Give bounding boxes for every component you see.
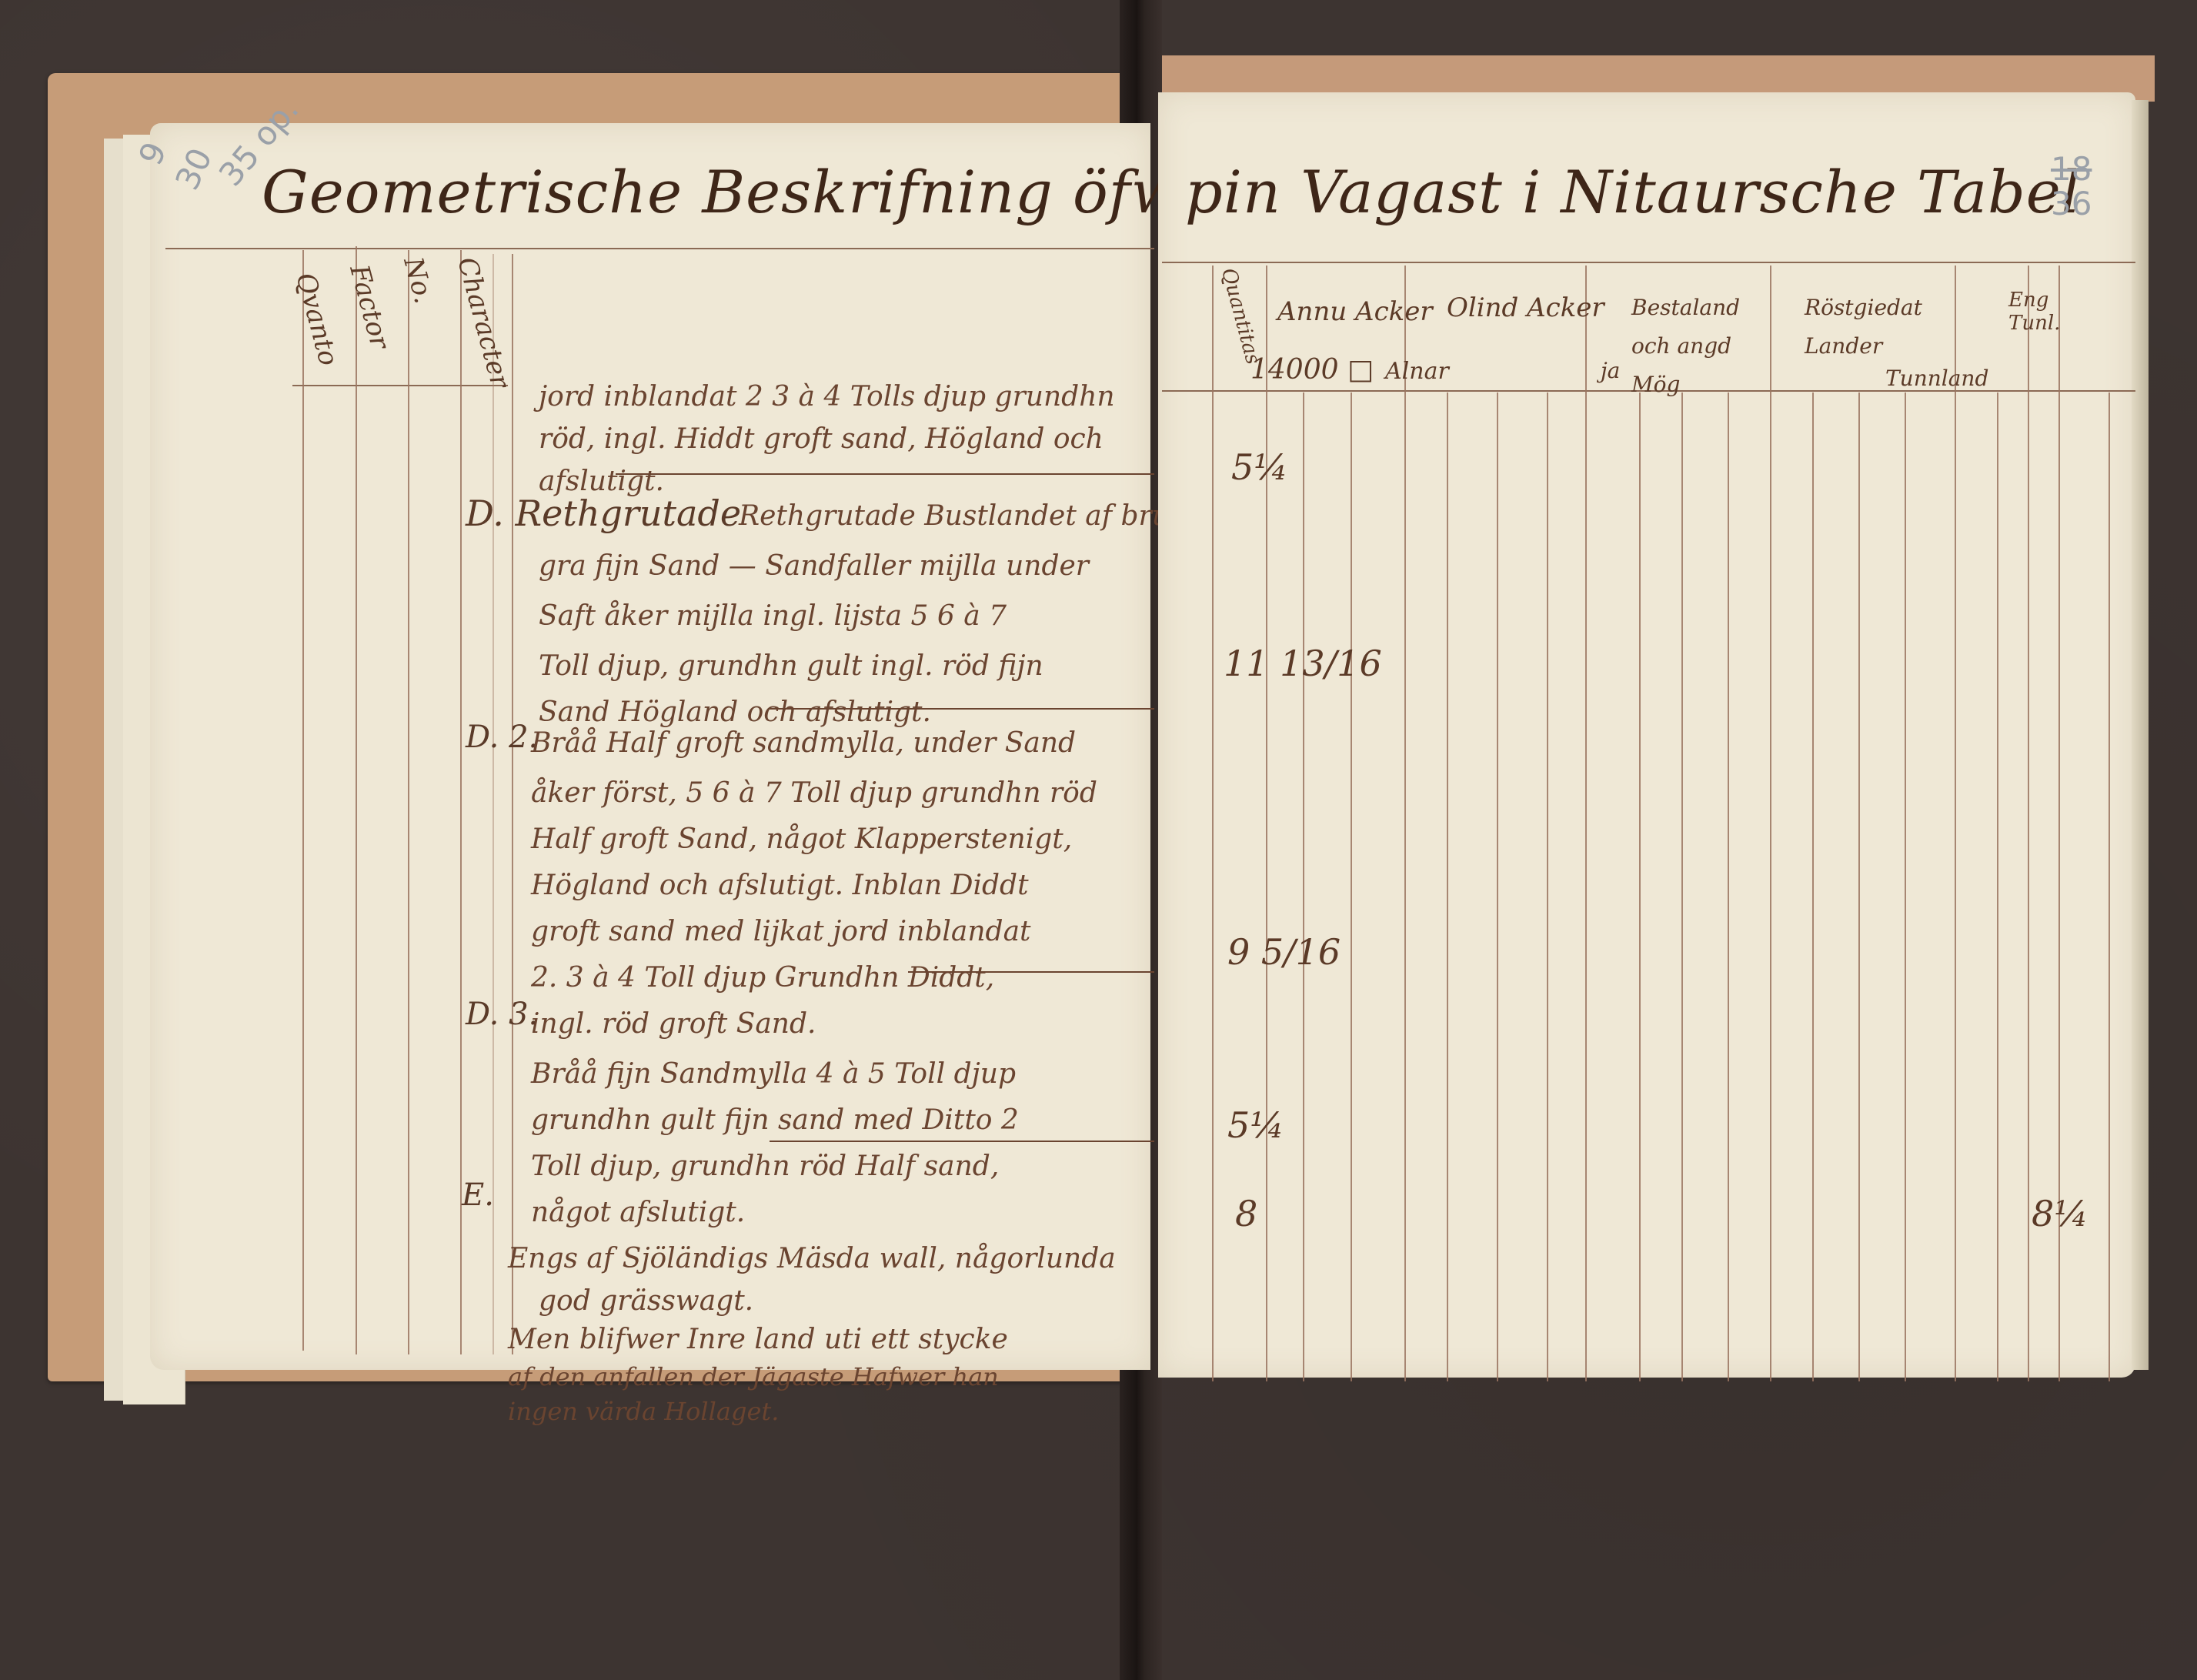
- pencil-folio-right: 36: [2051, 185, 2092, 222]
- column-rule: [1351, 392, 1352, 1381]
- quantity-value: 11 13/16: [1224, 643, 1382, 684]
- column-rule: [1585, 266, 1587, 1381]
- entry-label: D. Rethgrutade: [466, 493, 741, 534]
- unit-ja: ja: [1601, 358, 1620, 383]
- entry-line: ingen värda Hollaget.: [508, 1397, 779, 1426]
- column-header-bestaland: Bestaland och angd Mög: [1631, 289, 1762, 404]
- eng-value: 8¼: [2032, 1193, 2088, 1234]
- entry-label: E.: [462, 1177, 494, 1213]
- entry-line: Bråå fijn Sandmylla 4 à 5 Toll djup: [531, 1058, 1016, 1090]
- column-rule: [408, 250, 409, 1354]
- column-rule: [1404, 266, 1406, 1381]
- column-header-annu-acker: Annu Acker: [1277, 296, 1433, 327]
- column-header-olind-acker: Olind Acker: [1447, 292, 1604, 323]
- right-page: [1158, 92, 2135, 1378]
- column-rule: [1905, 392, 1906, 1381]
- entry-line: Bråå Half groft sandmylla, under Sand: [531, 727, 1076, 759]
- header-rule-bottom: [292, 385, 508, 386]
- entry-line: 2. 3 à 4 Toll djup Grundhn Diddt,: [531, 962, 994, 994]
- column-rule: [1770, 266, 1771, 1381]
- column-rule: [512, 254, 513, 1354]
- page-stack-right: [2132, 100, 2149, 1370]
- entry-label: D. 3.: [466, 997, 538, 1032]
- area-total: 14000 □: [1250, 354, 1374, 386]
- column-rule: [1212, 266, 1214, 1381]
- column-rule: [2028, 266, 2029, 1381]
- column-rule: [1303, 392, 1304, 1381]
- pencil-folio-struck: 18: [2051, 150, 2092, 188]
- entry-line: jord inblandat 2 3 à 4 Tolls djup grundh…: [539, 381, 1115, 412]
- column-header-rostgiedat: Röstgiedat Lander: [1805, 289, 1943, 366]
- entry-line: ingl. röd groft Sand.: [531, 1008, 816, 1040]
- entry-line: Engs af Sjöländigs Mäsda wall, någorlund…: [508, 1243, 1116, 1274]
- quantity-value: 8: [1235, 1193, 1257, 1234]
- entry-end-stroke: [616, 473, 1154, 475]
- column-rule: [1728, 392, 1729, 1381]
- entry-label: D. 2.: [466, 720, 538, 755]
- quantity-value: 5¼: [1231, 446, 1288, 488]
- entry-line: Toll djup, grundhn gult ingl. röd fijn: [539, 650, 1043, 682]
- entry-line: gra fijn Sand — Sandfaller mijlla under: [539, 550, 1089, 582]
- column-rule: [1955, 266, 1956, 1381]
- entry-line: Högland och afslutigt. Inblan Diddt: [531, 870, 1029, 901]
- entry-line: Toll djup, grundhn röd Half sand,: [531, 1151, 999, 1182]
- column-rule: [1497, 392, 1498, 1381]
- column-rule: [302, 250, 304, 1351]
- page-title-right: pin Vagast i Nitaursche Tabel: [1185, 158, 2081, 226]
- entry-line: grundhn gult fijn sand med Ditto 2: [531, 1104, 1019, 1136]
- entry-line: Saft åker mijlla ingl. lijsta 5 6 à 7: [539, 600, 1007, 632]
- column-rule: [1547, 392, 1548, 1381]
- entry-line: god grässwagt.: [539, 1285, 753, 1317]
- header-rule-top: [1162, 262, 2135, 263]
- column-rule: [1997, 392, 1998, 1381]
- column-rule: [2109, 392, 2110, 1381]
- entry-line: åker först, 5 6 à 7 Toll djup grundhn rö…: [531, 777, 1097, 809]
- column-rule: [1639, 392, 1641, 1381]
- quantity-value: 9 5/16: [1227, 931, 1341, 973]
- column-rule: [1447, 392, 1448, 1381]
- column-rule: [356, 246, 357, 1354]
- entry-line: Men blifwer Inre land uti ett stycke: [508, 1324, 1008, 1355]
- column-header-eng: Eng Tunl.: [2008, 289, 2070, 335]
- entry-end-stroke: [770, 708, 1154, 710]
- column-rule: [1812, 392, 1814, 1381]
- entry-line: något afslutigt.: [531, 1197, 745, 1228]
- unit-alnar: Alnar: [1385, 358, 1449, 385]
- column-rule: [1681, 392, 1683, 1381]
- entry-line: af den anfallen der Jägaste Hafwer han: [508, 1362, 999, 1391]
- entry-end-stroke: [770, 1141, 1154, 1142]
- quantity-value: 5¼: [1227, 1104, 1284, 1146]
- entry-line: groft sand med lijkat jord inblandat: [531, 916, 1031, 947]
- entry-end-stroke: [908, 971, 1154, 973]
- column-rule: [1858, 392, 1860, 1381]
- entry-line: röd, ingl. Hiddt groft sand, Högland och: [539, 423, 1104, 455]
- header-rule-top: [165, 248, 1154, 249]
- unit-tunnland: Tunnland: [1885, 366, 1988, 391]
- entry-line: Half groft Sand, något Klapperstenigt,: [531, 823, 1072, 855]
- column-rule: [1266, 266, 1267, 1381]
- entry-line: Sand Högland och afslutigt.: [539, 696, 931, 728]
